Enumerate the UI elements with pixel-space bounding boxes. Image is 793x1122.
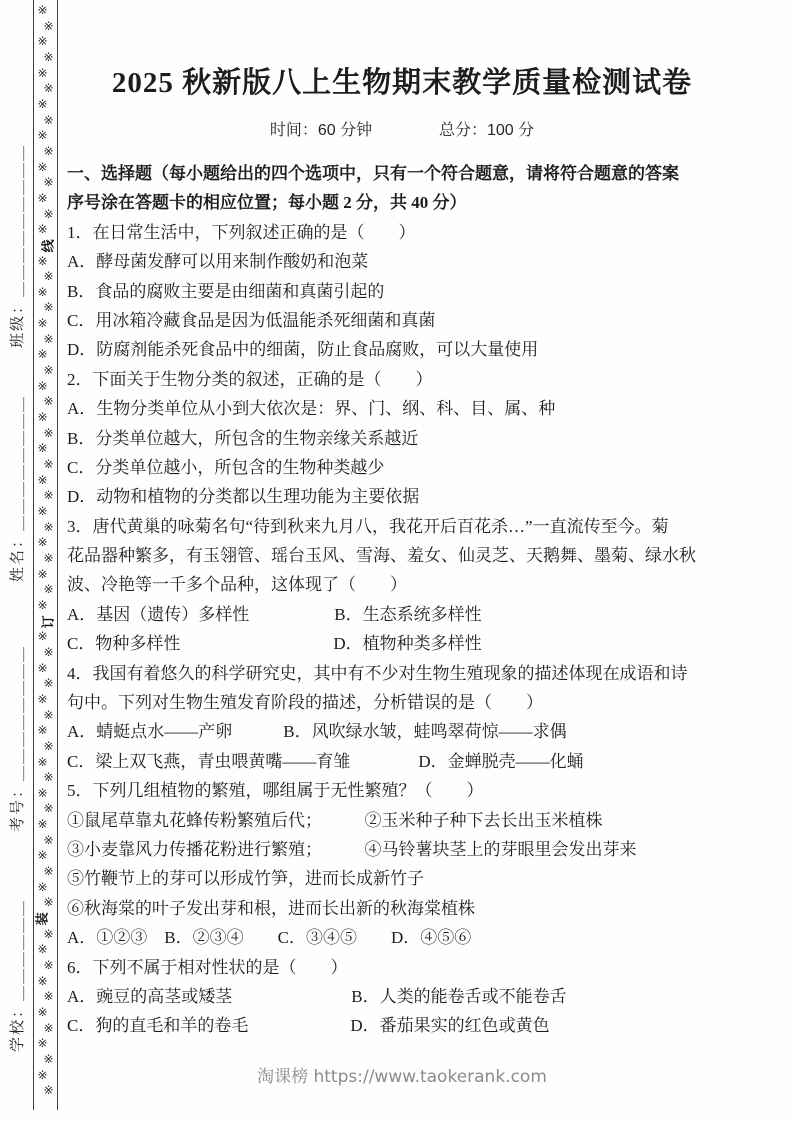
binding-mark: ※ (36, 285, 49, 301)
binding-mark: ※ (36, 848, 49, 864)
exam-text-line: ⑤竹鞭节上的芽可以形成竹笋，进而长成新竹子 (67, 864, 737, 893)
binding-mark: ※ (36, 160, 49, 176)
binding-mark: ※ (36, 1036, 49, 1052)
binding-mark: ※ (42, 269, 55, 285)
binding-word-char: 线 (41, 239, 57, 252)
binding-mark: ※ (42, 457, 55, 473)
binding-mark: ※ (42, 1052, 55, 1068)
binding-mark: ※ (36, 254, 49, 270)
binding-mark: ※ (36, 880, 49, 896)
exam-text-line: 波、冷艳等一千多个品种，这体现了（ ） (67, 570, 737, 599)
exam-text-line: ③小麦靠风力传播花粉进行繁殖； ④马铃薯块茎上的芽眼里会发出芽来 (67, 835, 737, 864)
exam-text-line: 2．下面关于生物分类的叙述，正确的是（ ） (67, 365, 737, 394)
exam-text-line: A．豌豆的高茎或矮茎 B．人类的能卷舌或不能卷舌 (67, 982, 737, 1011)
total-score-label: 总分：100 分 (439, 122, 534, 139)
name-field: 姓名：＿＿＿＿＿＿＿＿ (6, 395, 27, 582)
exam-sheet: ※※※※※※※※※※※※※※※线※※※※※※※※※※※※※※※※※※※※※※※订… (0, 0, 793, 1122)
binding-mark: ※ (42, 770, 55, 786)
exam-text-line: 句中。下列对生物生殖发育阶段的描述，分析错误的是（ ） (67, 688, 737, 717)
binding-mark: ※ (42, 989, 55, 1005)
binding-mark: ※ (42, 582, 55, 598)
binding-mark: ※ (36, 661, 49, 677)
binding-rule-left (33, 0, 34, 1110)
binding-mark: ※ (42, 708, 55, 724)
binding-mark: ※ (42, 739, 55, 755)
binding-mark: ※ (36, 817, 49, 833)
class-field: 班级：＿＿＿＿＿＿＿＿＿ (6, 144, 27, 348)
binding-mark: ※ (36, 66, 49, 82)
binding-mark: ※ (42, 19, 55, 35)
binding-word-char: 订 (41, 615, 57, 628)
binding-mark: ※ (36, 347, 49, 363)
exam-text-line: C．狗的直毛和羊的卷毛 D．番茄果实的红色或黄色 (67, 1011, 737, 1040)
binding-mark: ※ (42, 520, 55, 536)
binding-mark: ※ (42, 300, 55, 316)
binding-mark: ※ (42, 363, 55, 379)
exam-text-line: 1．在日常生活中，下列叙述正确的是（ ） (67, 218, 737, 247)
exam-text-line: A．①②③ B．②③④ C．③④⑤ D．④⑤⑥ (67, 923, 737, 952)
binding-mark: ※ (42, 426, 55, 442)
binding-mark: ※ (36, 316, 49, 332)
binding-mark: ※ (36, 3, 49, 19)
exam-text-line: D．防腐剂能杀死食品中的细菌，防止食品腐败，可以大量使用 (67, 335, 737, 364)
exam-text-line: A．酵母菌发酵可以用来制作酸奶和泡菜 (67, 247, 737, 276)
binding-mark: ※ (42, 551, 55, 567)
binding-mark: ※ (36, 629, 49, 645)
page-title: 2025 秋新版八上生物期末教学质量检测试卷 (67, 0, 737, 101)
exam-text-line: B．食品的腐败主要是由细菌和真菌引起的 (67, 277, 737, 306)
exam-text-line: C．梁上双飞燕，青虫喂黄嘴——育雏 D．金蝉脱壳——化蛹 (67, 747, 737, 776)
exam-text-line: C．用冰箱冷藏食品是因为低温能杀死细菌和真菌 (67, 306, 737, 335)
binding-mark: ※ (42, 81, 55, 97)
binding-mark: ※ (36, 598, 49, 614)
binding-line-marks: ※※※※※※※※※※※※※※※线※※※※※※※※※※※※※※※※※※※※※※※订… (36, 3, 56, 1099)
binding-mark: ※ (42, 207, 55, 223)
binding-mark: ※ (36, 441, 49, 457)
binding-mark: ※ (42, 394, 55, 410)
binding-mark: ※ (42, 1083, 55, 1099)
exam-content: 2025 秋新版八上生物期末教学质量检测试卷 时间：60 分钟 总分：100 分… (67, 0, 737, 1122)
exam-text-line: 5．下列几组植物的繁殖，哪组属于无性繁殖？（ ） (67, 776, 737, 805)
binding-mark: ※ (42, 895, 55, 911)
binding-mark: ※ (36, 97, 49, 113)
binding-mark: ※ (36, 692, 49, 708)
exam-text-line: 4．我国有着悠久的科学研究史，其中有不少对生物生殖现象的描述体现在成语和诗 (67, 659, 737, 688)
binding-mark: ※ (42, 332, 55, 348)
binding-mark: ※ (36, 942, 49, 958)
school-field: 学校：＿＿＿＿＿＿ (6, 899, 27, 1052)
binding-mark: ※ (42, 488, 55, 504)
exam-text-line: 花品器种繁多，有玉翎管、瑶台玉风、雪海、羞女、仙灵芝、天鹅舞、墨菊、绿水秋 (67, 541, 737, 570)
exam-text-line: ⑥秋海棠的叶子发出芽和根，进而长出新的秋海棠植株 (67, 894, 737, 923)
binding-mark: ※ (36, 786, 49, 802)
exam-text-line: ①鼠尾草靠丸花蜂传粉繁殖后代； ②玉米种子种下去长出玉米植株 (67, 806, 737, 835)
exam-meta: 时间：60 分钟 总分：100 分 (67, 117, 737, 140)
question-lines: 一、选择题（每小题给出的四个选项中，只有一个符合题意，请将符合题意的答案序号涂在… (67, 159, 737, 1041)
exam-text-line: A．蜻蜓点水——产卵 B．风吹绿水皱，蛙鸣翠荷惊——求偶 (67, 717, 737, 746)
binding-mark: ※ (36, 34, 49, 50)
section-heading-line: 一、选择题（每小题给出的四个选项中，只有一个符合题意，请将符合题意的答案 (67, 159, 737, 188)
binding-mark: ※ (36, 567, 49, 583)
exam-text-line: C．分类单位越小，所包含的生物种类越少 (67, 453, 737, 482)
binding-mark: ※ (36, 755, 49, 771)
exam-text-line: A．生物分类单位从小到大依次是：界、门、纲、科、目、属、种 (67, 394, 737, 423)
binding-mark: ※ (36, 191, 49, 207)
binding-mark: ※ (42, 645, 55, 661)
binding-mark: ※ (36, 222, 49, 238)
binding-mark: ※ (42, 958, 55, 974)
binding-mark: ※ (42, 676, 55, 692)
binding-word-char: 装 (35, 912, 51, 925)
binding-mark: ※ (36, 128, 49, 144)
binding-mark: ※ (42, 144, 55, 160)
binding-mark: ※ (36, 504, 49, 520)
binding-mark: ※ (42, 927, 55, 943)
binding-mark: ※ (42, 864, 55, 880)
binding-mark: ※ (36, 473, 49, 489)
exam-number-field: 考号：＿＿＿＿＿＿＿＿ (6, 645, 27, 832)
exam-text-line: A．基因（遗传）多样性 B．生态系统多样性 (67, 600, 737, 629)
binding-rule-right (57, 0, 58, 1110)
binding-mark: ※ (42, 113, 55, 129)
binding-mark: ※ (42, 50, 55, 66)
section-heading-line: 序号涂在答题卡的相应位置；每小题 2 分，共 40 分） (67, 188, 737, 217)
binding-mark: ※ (36, 974, 49, 990)
binding-mark: ※ (36, 410, 49, 426)
exam-text-line: 3．唐代黄巢的咏菊名句“待到秋来九月八，我花开后百花杀…”一直流传至今。菊 (67, 512, 737, 541)
binding-mark: ※ (36, 723, 49, 739)
binding-mark: ※ (42, 801, 55, 817)
exam-text-line: B．分类单位越大，所包含的生物亲缘关系越近 (67, 424, 737, 453)
binding-mark: ※ (36, 535, 49, 551)
binding-mark: ※ (36, 379, 49, 395)
binding-mark: ※ (42, 833, 55, 849)
time-limit-label: 时间：60 分钟 (270, 122, 372, 139)
exam-text-line: D．动物和植物的分类都以生理功能为主要依据 (67, 482, 737, 511)
binding-mark: ※ (36, 1005, 49, 1021)
exam-text-line: 6．下列不属于相对性状的是（ ） (67, 953, 737, 982)
binding-mark: ※ (42, 175, 55, 191)
footer-watermark-link: 淘课榜 https://www.taokerank.com (67, 1062, 737, 1087)
binding-mark: ※ (42, 1021, 55, 1037)
binding-mark: ※ (36, 1068, 49, 1084)
exam-text-line: C．物种多样性 D．植物种类多样性 (67, 629, 737, 658)
